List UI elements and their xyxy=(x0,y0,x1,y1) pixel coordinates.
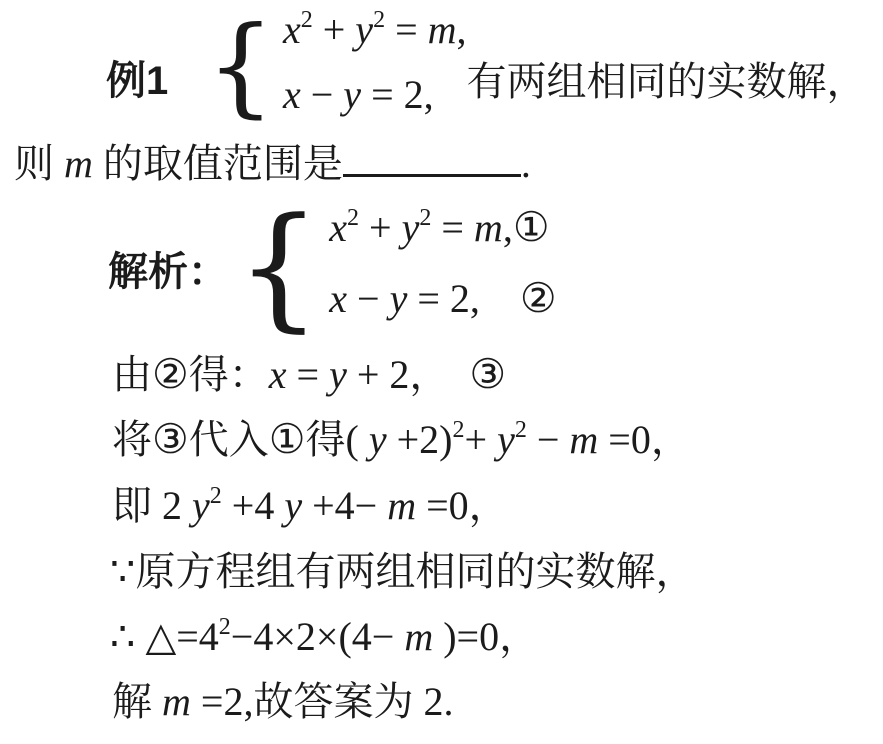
example-condition-text: 有两组相同的实数解， xyxy=(467,50,867,107)
text-segment: x xyxy=(329,276,347,321)
text-segment: 即 xyxy=(112,483,152,528)
circled-number: ① xyxy=(513,203,550,251)
text-segment: = xyxy=(287,352,330,397)
text-segment: m xyxy=(387,483,416,528)
example-label: 例1 xyxy=(106,49,168,106)
text-segment: m xyxy=(64,141,93,186)
text-segment: m xyxy=(474,205,503,250)
text-segment: , xyxy=(503,205,513,250)
text-segment: 的取值范围是 xyxy=(93,141,343,186)
left-brace-icon: { xyxy=(206,21,275,113)
text-segment: ∵ xyxy=(110,549,135,594)
text-segment: =0， xyxy=(598,417,691,462)
text-segment: y xyxy=(369,417,387,462)
text-segment: y xyxy=(329,352,347,397)
text-segment: 有两组相同的实数解， xyxy=(467,59,867,104)
text-segment: − xyxy=(527,417,570,462)
text-segment: x xyxy=(283,72,301,117)
text-segment: 2 xyxy=(347,205,359,231)
text-segment: 2 xyxy=(515,417,527,443)
text-segment: = 2, xyxy=(407,276,520,321)
circled-number: ① xyxy=(269,415,306,463)
solution-step-1: 由②得：x = y + 2， ③ xyxy=(112,347,506,412)
analysis-label: 解析： xyxy=(108,240,228,297)
text-segment: m xyxy=(162,679,191,724)
text-segment: + xyxy=(465,417,498,462)
text-segment: x xyxy=(269,352,287,397)
text-segment: = xyxy=(385,7,428,52)
text-segment: 2 xyxy=(419,205,431,231)
text-segment: 2 xyxy=(301,7,313,33)
text-segment: 代入 xyxy=(189,417,269,462)
text-segment: x xyxy=(329,205,347,250)
text-segment: , xyxy=(457,7,467,52)
equation-system-1: x2 + y2 = m, x − y = 2, xyxy=(275,2,467,132)
text-segment: y xyxy=(284,483,302,528)
text-segment: m xyxy=(569,417,598,462)
solution-step-5: ∴ △=42−4×2×(4− m )=0， xyxy=(110,609,539,674)
text-segment: − xyxy=(347,276,390,321)
text-segment: 2. xyxy=(423,679,453,724)
analysis-header-row: 解析： { x2 + y2 = m,① x − y = 2, ② xyxy=(108,200,557,336)
text-segment: − xyxy=(301,72,344,117)
circled-number: ② xyxy=(520,274,557,322)
text-segment: y xyxy=(390,276,408,321)
text-segment: 2 xyxy=(219,614,231,640)
text-segment: + xyxy=(313,7,356,52)
text-segment: 2 xyxy=(152,483,192,528)
text-segment: =0， xyxy=(416,483,509,528)
text-segment: ∴ △=4 xyxy=(110,614,219,659)
text-segment: 2 xyxy=(210,483,222,509)
text-segment: y xyxy=(497,417,515,462)
text-segment: y xyxy=(402,205,420,250)
solution-step-3: 即 2 y2 +4 y +4− m =0， xyxy=(112,478,509,543)
text-segment: y xyxy=(192,483,210,528)
text-segment: 则 xyxy=(14,141,64,186)
answer-blank xyxy=(343,134,521,177)
text-segment: +2) xyxy=(387,417,453,462)
text-segment: 故答案为 xyxy=(253,679,423,724)
equation-2: x − y = 2, xyxy=(283,67,467,132)
circled-number: ② xyxy=(152,350,189,398)
text-segment: )=0， xyxy=(433,614,539,659)
left-brace-icon: { xyxy=(236,211,321,325)
text-segment: ( xyxy=(346,417,369,462)
equation-system-2: x2 + y2 = m,① x − y = 2, ② xyxy=(321,197,556,339)
text-segment: y xyxy=(355,7,373,52)
text-segment: 原方程组有两组相同的实数解， xyxy=(135,549,695,594)
text-segment: 解 xyxy=(112,679,162,724)
equation-1: x2 + y2 = m, xyxy=(283,2,467,67)
example-header-row: 例1 { x2 + y2 = m, x − y = 2, 有两组相同的实数解， xyxy=(106,14,867,120)
solution-step-2: 将③代入①得( y +2)2+ y2 − m =0， xyxy=(112,412,691,477)
solution-step-6: 解 m =2,故答案为 2. xyxy=(112,674,453,739)
text-segment: =2, xyxy=(191,679,254,724)
equation-2-numbered: x − y = 2, ② xyxy=(329,268,556,339)
equation-1-numbered: x2 + y2 = m,① xyxy=(329,197,556,268)
text-segment: 将 xyxy=(112,417,152,462)
text-segment: m xyxy=(404,614,433,659)
circled-number: ③ xyxy=(469,350,506,398)
text-segment: 得： xyxy=(189,352,269,397)
text-segment: y xyxy=(343,72,361,117)
worksheet-page: 例1 { x2 + y2 = m, x − y = 2, 有两组相同的实数解， … xyxy=(0,0,883,744)
text-segment: + xyxy=(359,205,402,250)
text-segment: 得 xyxy=(306,417,346,462)
text-segment: −4×2×(4− xyxy=(231,614,405,659)
text-segment: x xyxy=(283,7,301,52)
text-segment: 由 xyxy=(112,352,152,397)
text-segment: = 2, xyxy=(361,72,434,117)
text-segment: + 2， xyxy=(347,352,470,397)
text-segment: = xyxy=(431,205,474,250)
solution-step-4: ∵原方程组有两组相同的实数解， xyxy=(110,544,695,609)
text-segment: +4 xyxy=(222,483,285,528)
text-segment: +4− xyxy=(302,483,387,528)
text-segment: m xyxy=(428,7,457,52)
text-segment: . xyxy=(521,141,531,186)
text-segment: 2 xyxy=(373,7,385,33)
circled-number: ③ xyxy=(152,415,189,463)
text-segment: 2 xyxy=(453,417,465,443)
